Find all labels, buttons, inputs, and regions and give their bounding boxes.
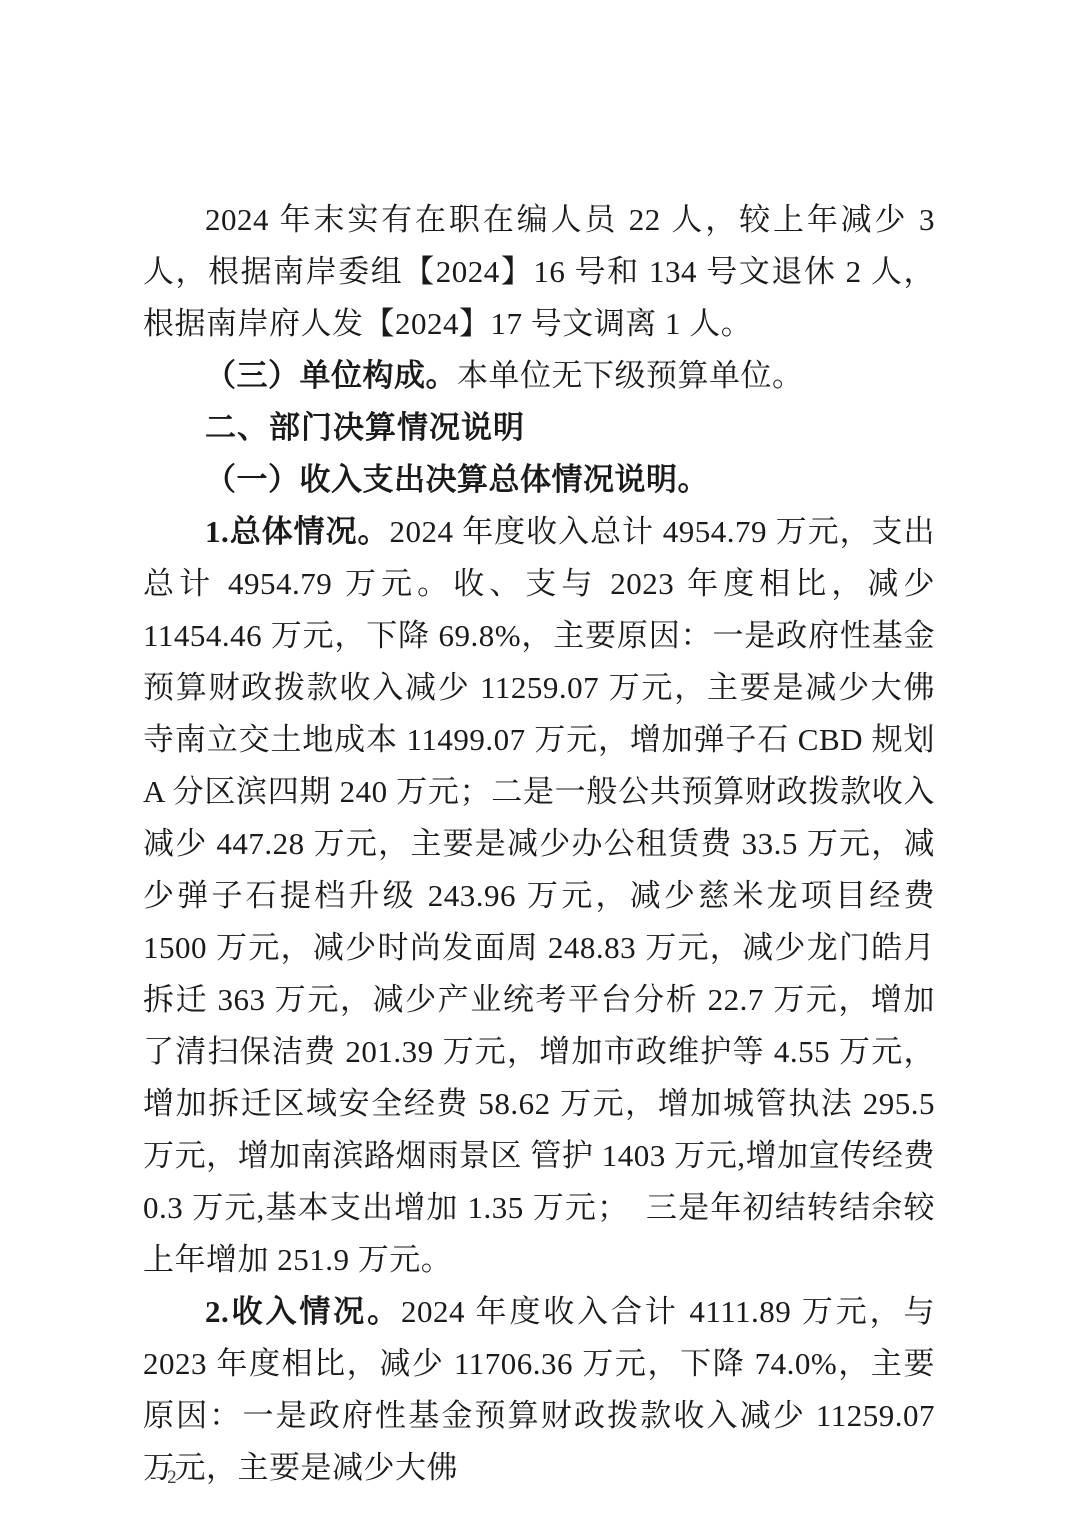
paragraph-text: 2024 年度收入总计 4954.79 万元，支出总计 4954.79 万元。收… [143, 514, 935, 1277]
paragraph-text: 2024 年末实有在职在编人员 22 人，较上年减少 3 人，根据南岸委组【20… [143, 202, 935, 341]
heading-text: （一）收入支出决算总体情况说明。 [205, 462, 709, 497]
page-number: - 2 - [150, 1466, 197, 1490]
paragraph-lead: （三）单位构成。 [205, 358, 457, 393]
heading-section-two: 二、部门决算情况说明 [143, 402, 935, 454]
paragraph-overall-situation: 1.总体情况。2024 年度收入总计 4954.79 万元，支出总计 4954.… [143, 506, 935, 1286]
paragraph-lead: 2.收入情况。 [205, 1294, 401, 1329]
paragraph-unit-composition: （三）单位构成。本单位无下级预算单位。 [143, 350, 935, 402]
heading-text: 二、部门决算情况说明 [205, 410, 525, 445]
paragraph-income-situation: 2.收入情况。2024 年度收入合计 4111.89 万元，与 2023 年度相… [143, 1286, 935, 1494]
paragraph-text: 本单位无下级预算单位。 [457, 358, 804, 393]
paragraph-staffing: 2024 年末实有在职在编人员 22 人，较上年减少 3 人，根据南岸委组【20… [143, 194, 935, 350]
paragraph-lead: 1.总体情况。 [205, 514, 390, 549]
document-page: 2024 年末实有在职在编人员 22 人，较上年减少 3 人，根据南岸委组【20… [0, 0, 1074, 1520]
heading-subsection-one: （一）收入支出决算总体情况说明。 [143, 454, 935, 506]
document-body: 2024 年末实有在职在编人员 22 人，较上年减少 3 人，根据南岸委组【20… [143, 194, 935, 1494]
